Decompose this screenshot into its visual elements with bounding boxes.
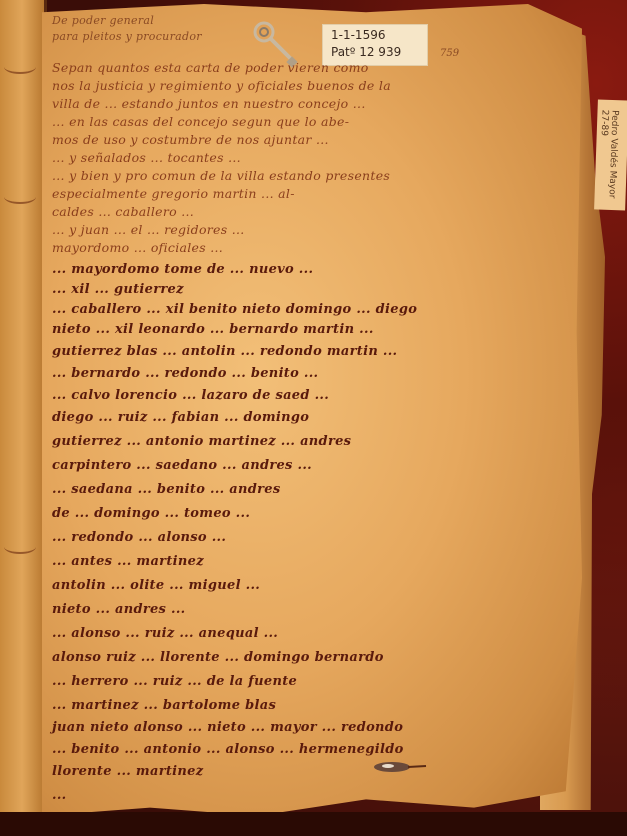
- text-line: ... calvo lorencio ... lazaro de saed ..…: [52, 388, 329, 403]
- text-line: ... mayordomo tome de ... nuevo ...: [52, 262, 313, 277]
- text-line: carpintero ... saedano ... andres ...: [52, 458, 312, 473]
- text-line: alonso ruiz ... llorente ... domingo ber…: [52, 650, 384, 665]
- text-line: especialmente gregorio martin ... al-: [52, 186, 295, 201]
- text-line: ... bernardo ... redondo ... benito ...: [52, 366, 318, 381]
- text-line: nos la justicia y regimiento y oficiales…: [52, 78, 391, 93]
- text-line: caldes ... caballero ...: [52, 204, 194, 219]
- text-line: ... benito ... antonio ... alonso ... he…: [52, 742, 404, 757]
- left-facing-page: [0, 0, 47, 836]
- text-line: ... y juan ... el ... regidores ...: [52, 222, 245, 237]
- text-line: ... martinez ... bartolome blas: [52, 698, 276, 713]
- text-line: ... herrero ... ruiz ... de la fuente: [52, 674, 297, 689]
- folio-number: 759: [440, 48, 459, 59]
- text-line: ... antes ... martinez: [52, 554, 204, 569]
- text-line: ...: [52, 788, 66, 803]
- text-line: mayordomo ... oficiales ...: [52, 240, 223, 255]
- text-line: Sepan quantos esta carta de poder vieren…: [52, 60, 369, 75]
- text-line: ... caballero ... xil benito nieto domin…: [52, 302, 417, 317]
- table-edge: [0, 812, 627, 836]
- header-line: para pleitos y procurador: [52, 30, 202, 43]
- text-line: antolin ... olite ... miguel ...: [52, 578, 260, 593]
- side-tab-text: Pedro Valdés Mayor 27-89: [596, 110, 619, 211]
- text-line: mos de uso y costumbre de nos ajuntar ..…: [52, 132, 329, 147]
- metal-clasp-icon: [372, 760, 428, 774]
- text-line: de ... domingo ... tomeo ...: [52, 506, 250, 521]
- ink-mark: [4, 540, 36, 554]
- text-line: ... y señalados ... tocantes ...: [52, 150, 241, 165]
- ink-mark: [4, 60, 36, 74]
- text-line: gutierrez ... antonio martinez ... andre…: [52, 434, 351, 449]
- text-line: juan nieto alonso ... nieto ... mayor ..…: [52, 720, 403, 735]
- catalog-date: 1-1-1596: [331, 27, 419, 44]
- catalog-number: Patº 12 939: [331, 44, 419, 61]
- text-line: nieto ... xil leonardo ... bernardo mart…: [52, 322, 374, 337]
- text-line: nieto ... andres ...: [52, 602, 185, 617]
- header-line: De poder general: [52, 14, 154, 27]
- text-line: villa de ... estando juntos en nuestro c…: [52, 96, 366, 111]
- text-line: llorente ... martinez: [52, 764, 203, 779]
- text-line: ... xil ... gutierrez: [52, 282, 184, 297]
- text-line: ... alonso ... ruiz ... anequal ...: [52, 626, 278, 641]
- text-line: diego ... ruiz ... fabian ... domingo: [52, 410, 309, 425]
- text-line: ... en las casas del concejo segun que l…: [52, 114, 349, 129]
- ink-mark: [4, 190, 36, 204]
- text-line: ... y bien y pro comun de la villa estan…: [52, 168, 390, 183]
- side-tab: Pedro Valdés Mayor 27-89: [594, 99, 627, 210]
- text-line: ... redondo ... alonso ...: [52, 530, 226, 545]
- text-line: ... saedana ... benito ... andres: [52, 482, 281, 497]
- text-line: gutierrez blas ... antolin ... redondo m…: [52, 344, 397, 359]
